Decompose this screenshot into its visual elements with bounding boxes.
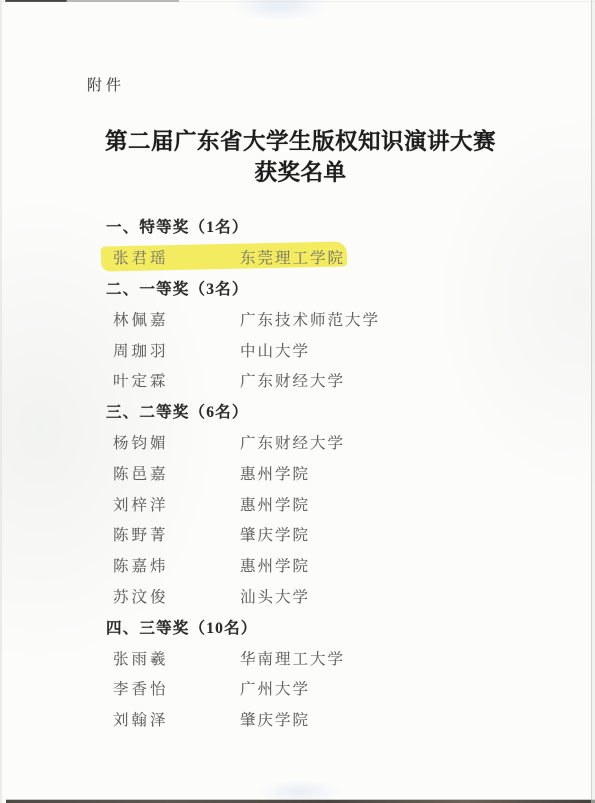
- winner-row: 张君瑶东莞理工学院: [106, 242, 546, 273]
- winner-school: 广东财经大学: [240, 431, 345, 453]
- winner-school: 惠州学院: [240, 554, 310, 576]
- winner-school: 东莞理工学院: [240, 246, 345, 268]
- attachment-label: 附件: [87, 74, 125, 95]
- scan-artifact-left-strip: [0, 0, 2, 803]
- winner-school: 华南理工大学: [240, 647, 345, 669]
- winner-row: 陈邑嘉惠州学院: [106, 457, 546, 488]
- winner-school: 惠州学院: [240, 462, 310, 484]
- winner-name: 李香怡: [113, 677, 240, 699]
- winner-school: 广东财经大学: [240, 369, 345, 391]
- winner-name: 杨钧媚: [113, 431, 240, 453]
- winner-school: 汕头大学: [240, 585, 310, 607]
- section-heading: 三、二等奖（6名）: [106, 396, 546, 427]
- winner-row: 李香怡广州大学: [106, 673, 546, 704]
- document-title-line1: 第二届广东省大学生版权知识演讲大赛: [6, 126, 595, 157]
- winner-row: 刘翰泽肇庆学院: [106, 704, 546, 735]
- winner-row: 杨钧媚广东财经大学: [106, 427, 546, 458]
- winner-name: 林佩嘉: [113, 308, 240, 330]
- winner-row: 张雨羲华南理工大学: [106, 642, 546, 673]
- winner-name: 刘翰泽: [113, 708, 240, 730]
- winner-row: 周珈羽中山大学: [106, 334, 546, 365]
- scan-artifact-bottom-shadow: [6, 799, 595, 800]
- section-heading: 四、三等奖（10名）: [106, 611, 546, 642]
- winner-row: 苏汶俊汕头大学: [106, 581, 546, 612]
- winner-row: 陈嘉炜惠州学院: [106, 550, 546, 581]
- winner-school: 肇庆学院: [240, 708, 310, 730]
- scan-artifact-top-hairline: [0, 1, 595, 2]
- scanned-document-page: 附件 第二届广东省大学生版权知识演讲大赛 获奖名单 一、特等奖（1名）张君瑶东莞…: [0, 0, 595, 803]
- winner-row: 叶定霖广东财经大学: [106, 365, 546, 396]
- winner-school: 肇庆学院: [240, 523, 310, 545]
- winner-school: 广州大学: [240, 677, 310, 699]
- winner-name: 张雨羲: [113, 647, 240, 669]
- winner-name: 陈野菁: [113, 523, 240, 545]
- section-heading: 二、一等奖（3名）: [106, 273, 546, 304]
- winner-name: 叶定霖: [113, 369, 240, 391]
- winner-name: 刘梓洋: [113, 493, 240, 515]
- winner-row: 刘梓洋惠州学院: [106, 488, 546, 519]
- winner-name: 张君瑶: [113, 246, 240, 268]
- winner-name: 周珈羽: [113, 339, 240, 361]
- document-title-line2: 获奖名单: [6, 157, 595, 188]
- winner-name: 苏汶俊: [113, 585, 240, 607]
- winner-name: 陈邑嘉: [113, 462, 240, 484]
- winner-school: 惠州学院: [240, 493, 310, 515]
- winner-row: 林佩嘉广东技术师范大学: [106, 303, 546, 334]
- winner-row: 陈野菁肇庆学院: [106, 519, 546, 550]
- winner-school: 中山大学: [240, 339, 310, 361]
- document-title: 第二届广东省大学生版权知识演讲大赛 获奖名单: [0, 126, 595, 188]
- winner-name: 陈嘉炜: [113, 554, 240, 576]
- section-heading: 一、特等奖（1名）: [106, 211, 546, 242]
- award-list: 一、特等奖（1名）张君瑶东莞理工学院二、一等奖（3名）林佩嘉广东技术师范大学周珈…: [106, 211, 546, 735]
- winner-school: 广东技术师范大学: [240, 308, 380, 330]
